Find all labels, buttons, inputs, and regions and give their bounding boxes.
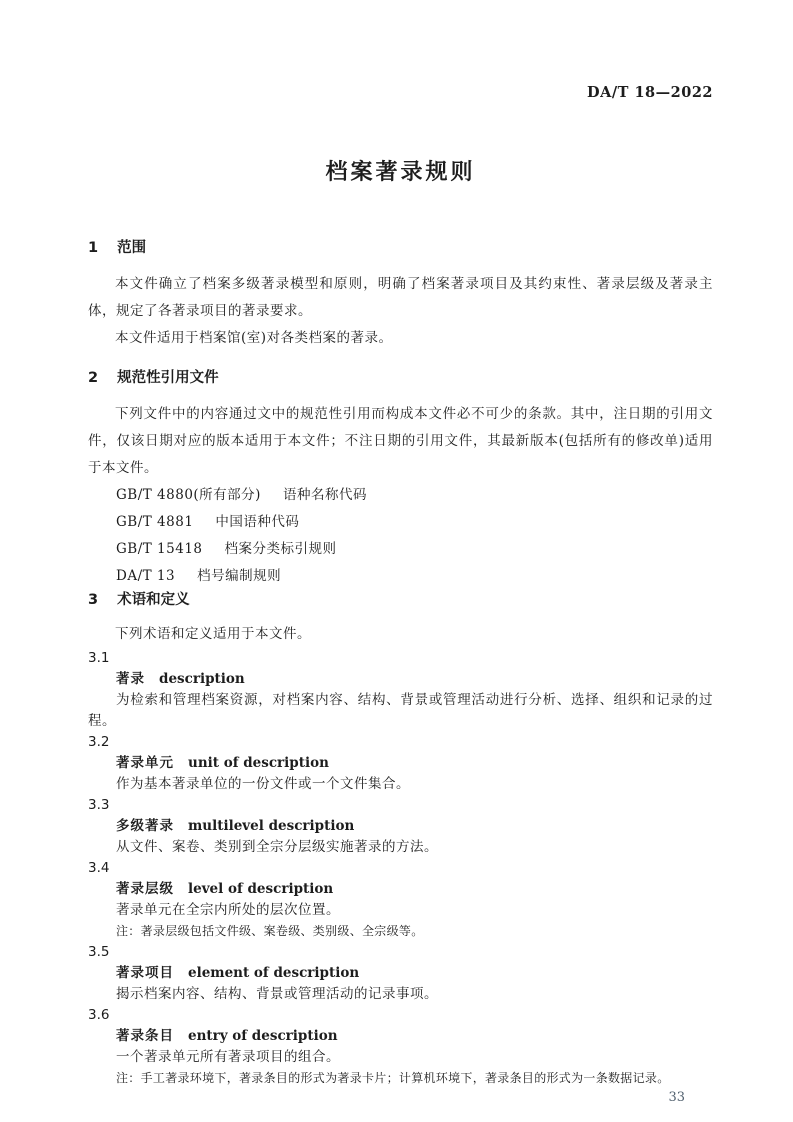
term-line: 多级著录multilevel description (88, 816, 713, 837)
term-number: 3.2 (88, 732, 713, 753)
term-number: 3.4 (88, 858, 713, 879)
reference-code: GB/T 4880(所有部分) (116, 487, 261, 503)
term-en: description (159, 671, 245, 687)
term-number: 3.6 (88, 1005, 713, 1026)
reference-code: DA/T 13 (116, 568, 175, 584)
term-number: 3.3 (88, 795, 713, 816)
term-zh: 著录层级 (116, 881, 174, 897)
term-line: 著录单元unit of description (88, 753, 713, 774)
reference-title: 档号编制规则 (197, 568, 281, 584)
reference-title: 语种名称代码 (283, 487, 367, 503)
section-number: 2 (88, 370, 98, 386)
paragraph: 下列文件中的内容通过文中的规范性引用而构成本文件必不可少的条款。其中，注日期的引… (88, 401, 713, 482)
section-scope: 1范围 本文件确立了档案多级著录模型和原则，明确了档案著录项目及其约束性、著录层… (88, 238, 713, 352)
reference-item: GB/T 4880(所有部分)语种名称代码 (88, 482, 713, 509)
term-entry: 3.4 著录层级level of description 著录单元在全宗内所处的… (88, 858, 713, 942)
paragraph: 本文件确立了档案多级著录模型和原则，明确了档案著录项目及其约束性、著录层级及著录… (88, 271, 713, 325)
term-entry: 3.5 著录项目element of description 揭示档案内容、结构… (88, 942, 713, 1005)
section-heading-terms: 3术语和定义 (88, 590, 713, 610)
term-entry: 3.6 著录条目entry of description 一个著录单元所有著录项… (88, 1005, 713, 1089)
terms-intro: 下列术语和定义适用于本文件。 (88, 621, 713, 648)
term-zh: 著录项目 (116, 965, 174, 981)
section-terms-and-definitions: 3术语和定义 下列术语和定义适用于本文件。 3.1 著录description … (88, 590, 713, 1089)
term-definition: 为检索和管理档案资源，对档案内容、结构、背景或管理活动进行分析、选择、组织和记录… (88, 690, 713, 732)
reference-item: GB/T 15418档案分类标引规则 (88, 536, 713, 563)
section-normative-references: 2规范性引用文件 下列文件中的内容通过文中的规范性引用而构成本文件必不可少的条款… (88, 368, 713, 590)
term-line: 著录条目entry of description (88, 1026, 713, 1047)
document-title: 档案著录规则 (88, 158, 713, 188)
reference-code: GB/T 15418 (116, 541, 203, 557)
section-heading-references: 2规范性引用文件 (88, 368, 713, 388)
term-zh: 多级著录 (116, 818, 174, 834)
term-line: 著录层级level of description (88, 879, 713, 900)
standard-code: DA/T 18—2022 (88, 84, 713, 102)
page-number: 33 (88, 1089, 713, 1107)
term-zh: 著录 (116, 671, 145, 687)
term-definition: 作为基本著录单位的一份文件或一个文件集合。 (88, 774, 713, 795)
reference-title: 中国语种代码 (215, 514, 299, 530)
term-zh: 著录单元 (116, 755, 174, 771)
term-en: unit of description (188, 755, 329, 771)
term-number: 3.5 (88, 942, 713, 963)
term-definition: 从文件、案卷、类别到全宗分层级实施著录的方法。 (88, 837, 713, 858)
term-line: 著录项目element of description (88, 963, 713, 984)
section-heading-scope: 1范围 (88, 238, 713, 258)
section-number: 3 (88, 592, 98, 608)
term-note: 注：著录层级包括文件级、案卷级、类别级、全宗级等。 (88, 921, 713, 942)
term-definition: 著录单元在全宗内所处的层次位置。 (88, 900, 713, 921)
term-line: 著录description (88, 669, 713, 690)
term-entry: 3.2 著录单元unit of description 作为基本著录单位的一份文… (88, 732, 713, 795)
term-entry: 3.3 多级著录multilevel description 从文件、案卷、类别… (88, 795, 713, 858)
term-number: 3.1 (88, 648, 713, 669)
term-entry: 3.1 著录description 为检索和管理档案资源，对档案内容、结构、背景… (88, 648, 713, 732)
section-title: 规范性引用文件 (117, 370, 219, 386)
term-definition: 揭示档案内容、结构、背景或管理活动的记录事项。 (88, 984, 713, 1005)
document-page: DA/T 18—2022 档案著录规则 1范围 本文件确立了档案多级著录模型和原… (0, 0, 793, 1122)
section-title: 范围 (117, 240, 146, 256)
reference-item: GB/T 4881中国语种代码 (88, 509, 713, 536)
term-en: level of description (188, 881, 333, 897)
term-zh: 著录条目 (116, 1028, 174, 1044)
reference-title: 档案分类标引规则 (225, 541, 337, 557)
term-note: 注：手工著录环境下，著录条目的形式为著录卡片；计算机环境下，著录条目的形式为一条… (88, 1068, 713, 1089)
reference-code: GB/T 4881 (116, 514, 193, 530)
section-number: 1 (88, 240, 98, 256)
reference-item: DA/T 13档号编制规则 (88, 563, 713, 590)
term-en: entry of description (188, 1028, 338, 1044)
paragraph: 本文件适用于档案馆(室)对各类档案的著录。 (88, 325, 713, 352)
section-title: 术语和定义 (117, 592, 190, 608)
term-en: element of description (188, 965, 359, 981)
term-definition: 一个著录单元所有著录项目的组合。 (88, 1047, 713, 1068)
term-en: multilevel description (188, 818, 354, 834)
